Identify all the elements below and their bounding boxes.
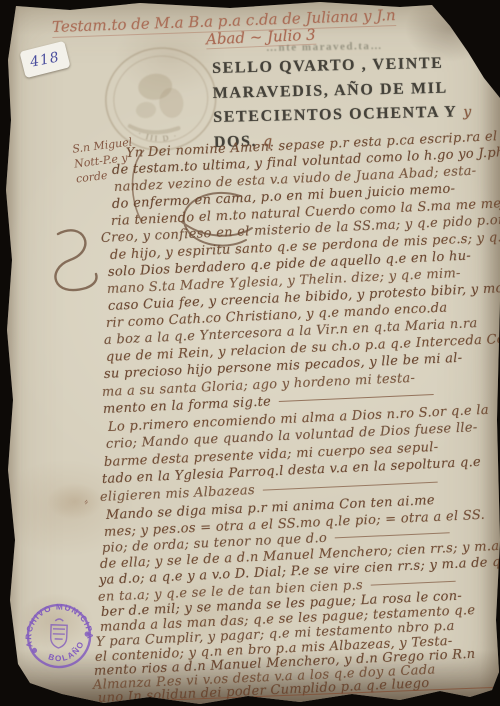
- margin-mark: ⸗: [82, 494, 91, 509]
- manuscript-photo: 418 · III D · …nte maraved.ta… Testam.to…: [0, 0, 500, 706]
- archive-number-sticker: 418: [19, 41, 70, 78]
- ink-flourish: y: [463, 104, 471, 120]
- paper-sheet: 418 · III D · …nte maraved.ta… Testam.to…: [0, 0, 500, 706]
- stamp-crest: [45, 617, 72, 652]
- margin-rubric-flourish: [48, 222, 100, 302]
- clause-end-dash: [263, 482, 438, 491]
- archive-number: 418: [29, 49, 61, 70]
- archive-municipal-stamp: ARCHIVO MUNICIPAL BOLAÑOS: [13, 590, 106, 683]
- clause-end-dash: [335, 532, 450, 538]
- clause-end-dash: [371, 581, 456, 586]
- clause-end-dash: [279, 394, 434, 402]
